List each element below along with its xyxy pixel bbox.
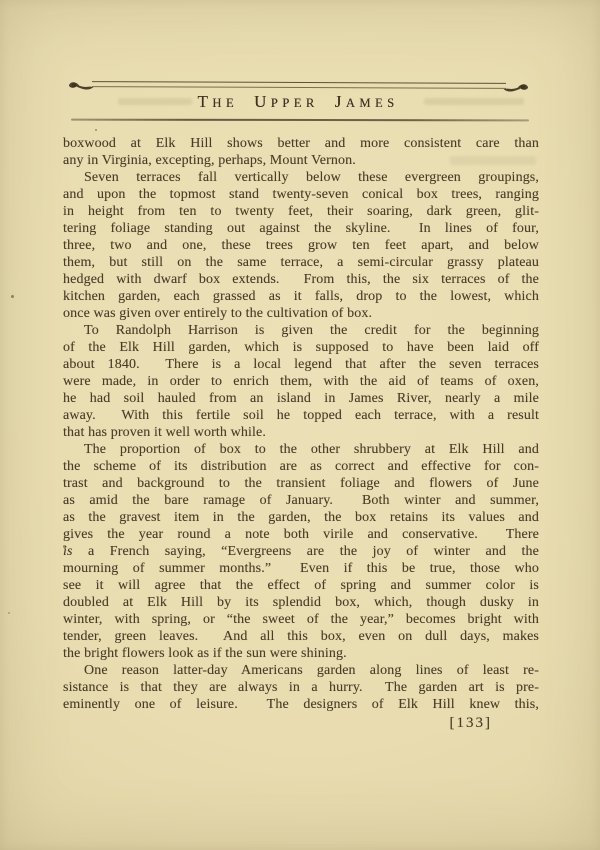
text-line: tender, green leaves. And all this box, … — [63, 628, 539, 645]
text-line: The proportion of box to the other shrub… — [63, 441, 539, 458]
text-line: and upon the topmost stand twenty-seven … — [63, 186, 539, 203]
text-line: as amid the bare ramage of January. Both… — [63, 492, 539, 509]
paragraph: One reason latter-day Americans garden a… — [63, 662, 539, 713]
text-line: sistance is that they are always in a hu… — [63, 679, 539, 696]
text-line: three, two and one, these trees grow ten… — [63, 237, 539, 254]
text-block: boxwood at Elk Hill shows better and mor… — [63, 135, 539, 713]
text-line: doubled at Elk Hill by its splendid box,… — [63, 594, 539, 611]
page-number: [133] — [390, 715, 492, 732]
text-line: he had soil hauled from an island in Jam… — [63, 390, 539, 407]
text-line: away. With this fertile soil he topped e… — [63, 407, 539, 424]
text-line: is a French saying, “Evergreens are the … — [63, 543, 539, 560]
title-word: THE — [197, 92, 238, 112]
text-line: eminently one of leisure. The designers … — [63, 696, 539, 713]
scroll-flourish-left-icon — [68, 79, 94, 91]
text-line: were made, in order to enrich them, with… — [63, 373, 539, 390]
text-line: as the gravest item in the garden, the b… — [63, 509, 539, 526]
text-line: about 1840. There is a local legend that… — [63, 356, 539, 373]
page-title: THEUPPERJAMES — [60, 92, 536, 112]
ink-speck — [396, 262, 399, 265]
text-line: mourning of summer months.” Even if this… — [63, 560, 539, 577]
text-line: gives the year round a note both virile … — [63, 526, 539, 543]
ink-speck — [11, 295, 14, 298]
title-word: UPPER — [254, 92, 319, 112]
title-word: JAMES — [335, 92, 399, 112]
text-line: once was given over entirely to the cult… — [63, 305, 539, 322]
ink-speck — [8, 612, 10, 614]
text-line: trast and background to the transient fo… — [63, 475, 539, 492]
text-line: the bright flowers look as if the sun we… — [63, 645, 539, 662]
text-line: kitchen garden, each grassed as it falls… — [63, 288, 539, 305]
text-line: see it will agree that the effect of spr… — [63, 577, 539, 594]
text-line: Seven terraces fall vertically below the… — [63, 169, 539, 186]
book-page-scan: THEUPPERJAMES boxwood at Elk Hill shows … — [0, 0, 600, 850]
paragraph: boxwood at Elk Hill shows better and mor… — [63, 135, 539, 169]
text-line: of the Elk Hill garden, which is suppose… — [63, 339, 539, 356]
text-line: To Randolph Harrison is given the credit… — [63, 322, 539, 339]
ink-speck — [63, 545, 66, 548]
paragraph: To Randolph Harrison is given the credit… — [63, 322, 539, 441]
text-line: winter, with spring, or “the sweet of th… — [63, 611, 539, 628]
title-underline-rule — [71, 119, 529, 121]
text-line: any in Virginia, excepting, perhaps, Mou… — [63, 152, 539, 169]
header-double-rule — [92, 81, 506, 89]
text-line: in height from ten to twenty feet, their… — [63, 203, 539, 220]
text-line: boxwood at Elk Hill shows better and mor… — [63, 135, 539, 152]
paragraph: The proportion of box to the other shrub… — [63, 441, 539, 662]
text-line: them, but still on the same terrace, a s… — [63, 254, 539, 271]
text-line: tering foliage standing out against the … — [63, 220, 539, 237]
text-line: the scheme of its distribution are as co… — [63, 458, 539, 475]
paragraph: Seven terraces fall vertically below the… — [63, 169, 539, 322]
text-line: One reason latter-day Americans garden a… — [63, 662, 539, 679]
text-line: hedged with dwarf box extends. From this… — [63, 271, 539, 288]
text-line: that has proven it well worth while. — [63, 424, 539, 441]
ink-speck — [95, 129, 97, 131]
